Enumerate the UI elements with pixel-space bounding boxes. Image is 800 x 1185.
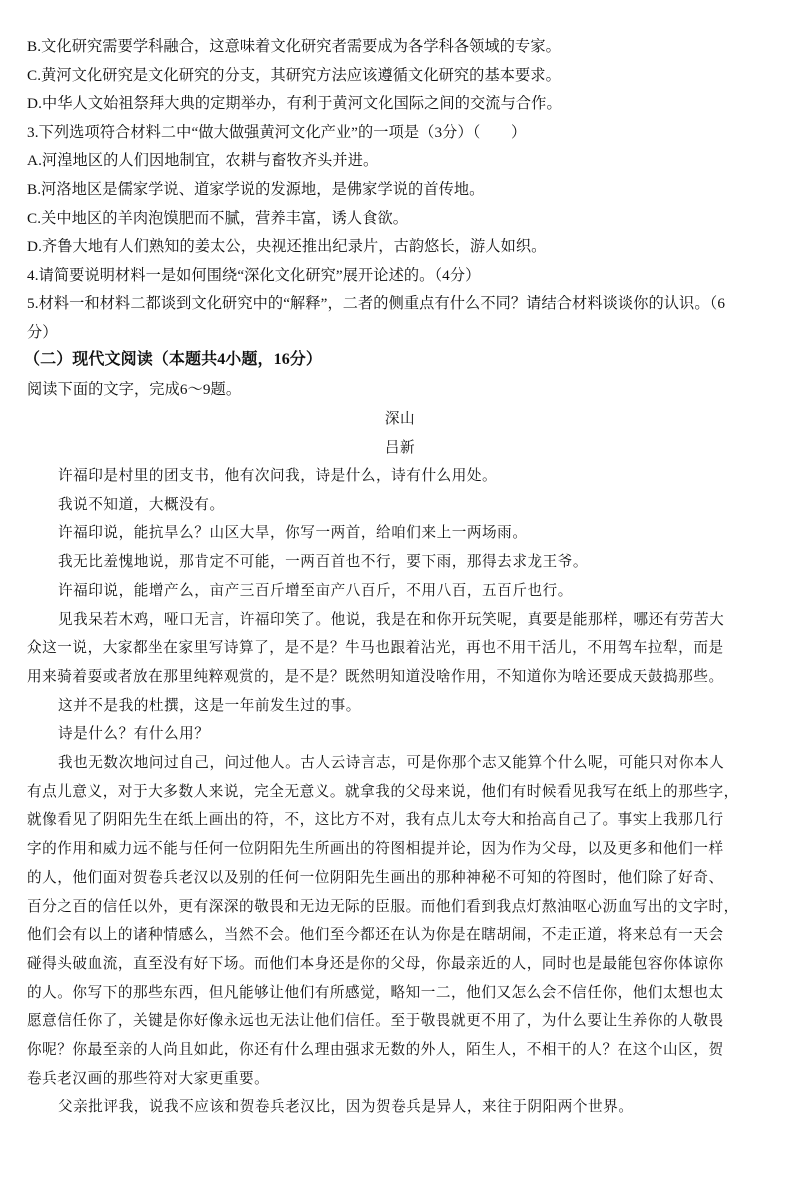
option-d-q2: D.中华人文始祖祭拜大典的定期举办，有利于黄河文化国际之间的交流与合作。 <box>27 94 777 114</box>
passage-line: 许福印是村里的团支书，他有次问我，诗是什么，诗有什么用处。 <box>58 466 800 486</box>
passage-line: 他们会有以上的诸种情感么，当然不会。他们至今都还在认为你是在瞎胡闹，不走正道，将… <box>27 925 777 945</box>
passage-line: 父亲批评我，说我不应该和贺卷兵老汉比，因为贺卷兵是异人，来往于阴阳两个世界。 <box>58 1097 800 1117</box>
passage-line: 就像看见了阴阳先生在纸上画出的符，不，这比方不对，我有点儿太夸大和抬高自己了。事… <box>27 810 777 830</box>
passage-line: 有点儿意义，对于大多数人来说，完全无意义。就拿我的父母来说，他们有时候看见我写在… <box>27 782 777 802</box>
question-5-line1: 5.材料一和材料二都谈到文化研究中的“解释”，二者的侧重点有什么不同？请结合材料… <box>27 294 777 314</box>
passage-line: 百分之百的信任以外，更有深深的敬畏和无边无际的臣服。而他们看到我点灯熬油呕心沥血… <box>27 897 777 917</box>
option-b-q3: B.河洛地区是儒家学说、道家学说的发源地，是佛家学说的首传地。 <box>27 180 777 200</box>
option-a-q3: A.河湟地区的人们因地制宜，农耕与畜牧齐头并进。 <box>27 151 777 171</box>
passage-author: 吕新 <box>0 438 800 458</box>
document-page: B.文化研究需要学科融合，这意味着文化研究者需要成为各学科各领域的专家。 C.黄… <box>0 0 800 1185</box>
passage-line: 许福印说，能抗旱么？山区大旱，你写一两首，给咱们来上一两场雨。 <box>58 523 800 543</box>
passage-line: 我说不知道，大概没有。 <box>58 495 800 515</box>
option-d-q3: D.齐鲁大地有人们熟知的姜太公，央视还推出纪录片，古韵悠长，游人如织。 <box>27 237 777 257</box>
question-5-line2: 分） <box>27 323 777 343</box>
option-c-q2: C.黄河文化研究是文化研究的分支，其研究方法应该遵循文化研究的基本要求。 <box>27 66 777 86</box>
passage-line: 见我呆若木鸡，哑口无言，许福印笑了。他说，我是在和你开玩笑呢，真要是能那样，哪还… <box>58 610 800 630</box>
passage-line: 众这一说，大家都坐在家里写诗算了，是不是？牛马也跟着沾光，再也不用干活儿，不用驾… <box>27 638 777 658</box>
section-heading: （二）现代文阅读（本题共4小题，16分） <box>24 350 774 370</box>
passage-line: 你呢？你最至亲的人尚且如此，你还有什么理由强求无数的外人，陌生人，不相干的人？在… <box>27 1040 777 1060</box>
passage-line: 许福印说，能增产么，亩产三百斤增至亩产八百斤，不用八百，五百斤也行。 <box>58 581 800 601</box>
passage-line: 诗是什么？有什么用？ <box>58 724 800 744</box>
passage-line: 卷兵老汉画的那些符对大家更重要。 <box>27 1069 777 1089</box>
reading-instruction: 阅读下面的文字，完成6～9题。 <box>27 380 777 400</box>
passage-title: 深山 <box>0 409 800 429</box>
option-b-q2: B.文化研究需要学科融合，这意味着文化研究者需要成为各学科各领域的专家。 <box>27 37 777 57</box>
passage-line: 字的作用和威力远不能与任何一位阴阳先生所画出的符图相提并论，因为作为父母，以及更… <box>27 839 777 859</box>
option-c-q3: C.关中地区的羊肉泡馍肥而不腻，营养丰富，诱人食欲。 <box>27 209 777 229</box>
question-4: 4.请简要说明材料一是如何围绕“深化文化研究”展开论述的。（4分） <box>27 266 777 286</box>
passage-line: 的人。你写下的那些东西，但凡能够让他们有所感觉，略知一二，他们又怎么会不信任你，… <box>27 983 777 1003</box>
passage-line: 这并不是我的杜撰，这是一年前发生过的事。 <box>58 696 800 716</box>
passage-line: 我无比羞愧地说，那肯定不可能，一两百首也不行，要下雨，那得去求龙王爷。 <box>58 552 800 572</box>
question-3-stem: 3.下列选项符合材料二中“做大做强黄河文化产业”的一项是（3分）（ ） <box>27 123 777 143</box>
passage-line: 的人，他们面对贺卷兵老汉以及别的任何一位阴阳先生画出的那种神秘不可知的符图时，他… <box>27 868 777 888</box>
passage-line: 用来骑着耍或者放在那里纯粹观赏的，是不是？既然明知道没啥作用，不知道你为啥还要成… <box>27 667 777 687</box>
passage-line: 碰得头破血流，直至没有好下场。而他们本身还是你的父母，你最亲近的人，同时也是最能… <box>27 954 777 974</box>
passage-line: 愿意信任你了，关键是你好像永远也无法让他们信任。至于敬畏就更不用了，为什么要让生… <box>27 1011 777 1031</box>
passage-line: 我也无数次地问过自己，问过他人。古人云诗言志，可是你那个志又能算个什么呢，可能只… <box>58 753 800 773</box>
